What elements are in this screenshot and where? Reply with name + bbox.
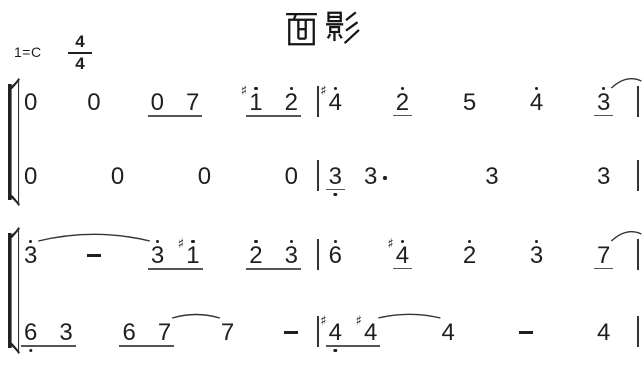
note: 3	[597, 159, 610, 189]
note: 4	[530, 85, 543, 115]
note-digit-row: 0	[87, 91, 100, 115]
barline	[637, 316, 639, 347]
note-digit-row: ♯4	[329, 321, 342, 345]
duration-dash	[519, 331, 533, 334]
note: 6	[24, 315, 37, 345]
note-digit-row: 2	[463, 244, 476, 268]
note: 7	[221, 315, 234, 345]
staff-accompaniment-2: 63677♯4♯444	[20, 315, 639, 347]
note-digit-row: 2	[249, 244, 262, 268]
note: 7	[597, 238, 610, 268]
note-digit: 5	[463, 91, 476, 115]
note-group: 3	[23, 238, 38, 268]
staff-melody-2: 33♯1236♯4237	[20, 238, 639, 270]
note-digit-row: 6	[24, 321, 37, 345]
dash-note	[284, 315, 298, 334]
barline	[637, 239, 639, 270]
note-digit-row: 0	[24, 165, 37, 189]
rest-note: 0	[285, 159, 298, 189]
measure: 0000	[20, 159, 317, 189]
system-bracket-2	[6, 227, 20, 354]
note-digit-row: 3	[59, 321, 72, 345]
note-digit: 0	[151, 91, 164, 115]
note-digit-row: 7	[597, 244, 610, 268]
note-digit: 3	[24, 244, 37, 268]
note-digit: 3	[530, 244, 543, 268]
octave-dot-below	[334, 193, 337, 196]
note-group: 6	[328, 238, 343, 268]
note: 2	[249, 238, 262, 268]
note-group	[283, 315, 299, 334]
note-digit: 0	[24, 165, 37, 189]
note-digit: 0	[198, 165, 211, 189]
note-digit-row: 2	[396, 91, 409, 115]
note-group: 0	[284, 159, 299, 189]
title-glyph-ying	[325, 11, 360, 46]
note: 3	[151, 238, 164, 268]
note-digit: 4	[597, 321, 610, 345]
note-group	[518, 315, 534, 334]
beam-group: ♯4♯4	[328, 315, 379, 345]
title-glyph-mian	[284, 11, 319, 46]
note-digit: 3	[329, 165, 342, 189]
sharp-sign: ♯	[178, 238, 185, 251]
note: 2	[285, 85, 298, 115]
augmentation-dot	[383, 176, 386, 179]
note-group: 33	[328, 159, 388, 189]
note: 6	[122, 315, 135, 345]
note-digit-row: 0	[111, 165, 124, 189]
note-digit: 6	[329, 244, 342, 268]
note-digit: 7	[158, 321, 171, 345]
note-digit: 7	[221, 321, 234, 345]
note-digit-row: ♯4	[364, 321, 377, 345]
dash-note	[519, 315, 533, 334]
note-digit-row: 4	[441, 321, 454, 345]
note-group: 0	[23, 85, 38, 115]
note-group: 3	[529, 238, 544, 268]
measure: 33♯123	[20, 238, 317, 268]
rest-note: 0	[87, 85, 100, 115]
rest-note: 0	[24, 159, 37, 189]
note: ♯1	[249, 85, 262, 115]
note-digit: 2	[463, 244, 476, 268]
barline	[637, 160, 639, 191]
measure: ♯4♯444	[319, 315, 638, 345]
note-digit-row: ♯1	[186, 244, 199, 268]
note-digit-row: 3	[24, 244, 37, 268]
note-digit-row: 0	[151, 91, 164, 115]
note-digit-row: 3	[485, 165, 498, 189]
note-digit-row: 7	[158, 321, 171, 345]
measure: 3333	[319, 159, 638, 189]
note-digit-row: 7	[221, 321, 234, 345]
note-digit-row: 3	[597, 91, 610, 115]
sharp-sign: ♯	[387, 238, 394, 251]
beam-group: 23	[248, 238, 299, 268]
note: 4	[597, 315, 610, 345]
octave-dot-below	[334, 349, 337, 352]
measure: 63677	[20, 315, 317, 345]
note-digit-row: 3	[364, 165, 387, 189]
note-digit: 3	[151, 244, 164, 268]
note-group: 2	[395, 85, 410, 115]
dash-note	[87, 238, 101, 257]
beam-group: 07	[150, 85, 201, 115]
note: 7	[158, 315, 171, 345]
note-group: ♯4	[395, 238, 410, 268]
note-group: 0	[197, 159, 212, 189]
note-digit: 4	[530, 91, 543, 115]
note: 4	[441, 315, 454, 345]
octave-dot-below	[29, 349, 32, 352]
page-title: 面影	[0, 11, 643, 46]
note: 3	[530, 238, 543, 268]
rest-note: 0	[111, 159, 124, 189]
score-page: 1=C 4 4 面影	[0, 0, 643, 366]
note-group: 0	[86, 85, 101, 115]
beam-group: ♯12	[248, 85, 299, 115]
note-digit-row: 0	[24, 91, 37, 115]
key-signature: 1=C	[14, 44, 42, 60]
note-digit: 2	[249, 244, 262, 268]
note: 2	[463, 238, 476, 268]
note: ♯4	[396, 238, 409, 268]
note-digit-row: 6	[329, 244, 342, 268]
note-digit: 0	[111, 165, 124, 189]
page-title-text: 面影	[321, 11, 322, 12]
note-digit-row: 4	[597, 321, 610, 345]
note-group: 4	[596, 315, 611, 345]
measure: 0007♯12	[20, 85, 317, 115]
note-digit-row: 7	[186, 91, 199, 115]
system-bracket-1	[6, 78, 20, 206]
note: ♯4	[364, 315, 377, 345]
note: 3	[597, 85, 610, 115]
time-signature-denominator: 4	[66, 55, 94, 73]
note-digit: 7	[186, 91, 199, 115]
note-digit: 2	[285, 91, 298, 115]
note-group: 3	[596, 85, 611, 115]
note-digit: 6	[24, 321, 37, 345]
note-digit-row: 3	[530, 244, 543, 268]
note-group: 4	[440, 315, 455, 345]
note: ♯4	[329, 85, 342, 115]
note-digit: 7	[597, 244, 610, 268]
sharp-sign: ♯	[241, 85, 248, 98]
note: 3	[24, 238, 37, 268]
note-digit: 3	[597, 165, 610, 189]
note-digit-row: 2	[285, 91, 298, 115]
note-digit-row: 0	[198, 165, 211, 189]
note-digit-row: 3	[151, 244, 164, 268]
note: 6	[329, 238, 342, 268]
sharp-sign: ♯	[320, 315, 327, 328]
note-group: 5	[462, 85, 477, 115]
measure: ♯42543	[319, 85, 638, 115]
note-digit-row: 3	[285, 244, 298, 268]
note: 5	[463, 85, 476, 115]
beam-group: 3♯1	[150, 238, 201, 268]
beam-group: 63	[23, 315, 74, 345]
note-digit: 3	[597, 91, 610, 115]
note-digit-row: ♯4	[396, 244, 409, 268]
note-digit-row: ♯1	[249, 91, 262, 115]
note-digit-row: 5	[463, 91, 476, 115]
duration-dash	[87, 254, 101, 257]
rest-note: 0	[151, 85, 164, 115]
note-digit: 0	[87, 91, 100, 115]
note-group: 7	[220, 315, 235, 345]
measure: 6♯4237	[319, 238, 638, 268]
note: 3	[59, 315, 72, 345]
beam-group: 67	[121, 315, 172, 345]
note-group: 3	[484, 159, 499, 189]
note-group: 7	[596, 238, 611, 268]
note: ♯4	[329, 315, 342, 345]
sharp-sign: ♯	[320, 85, 327, 98]
barline	[637, 86, 639, 117]
note: 3	[364, 159, 387, 189]
note-digit: 2	[396, 91, 409, 115]
note-digit: 4	[329, 321, 342, 345]
note-digit-row: 4	[530, 91, 543, 115]
note-digit: 4	[329, 91, 342, 115]
duration-dash	[284, 331, 298, 334]
note-group: 4	[529, 85, 544, 115]
rest-note: 0	[24, 85, 37, 115]
note-digit-row: 3	[329, 165, 342, 189]
note-group: 0	[110, 159, 125, 189]
note-group: 2	[462, 238, 477, 268]
note-digit: 3	[485, 165, 498, 189]
note-digit: 0	[24, 91, 37, 115]
note-digit: 3	[285, 244, 298, 268]
note-digit: 4	[364, 321, 377, 345]
rest-note: 0	[198, 159, 211, 189]
note: 2	[396, 85, 409, 115]
note-digit-row: 3	[597, 165, 610, 189]
note-digit: 3	[59, 321, 72, 345]
note: 3	[329, 159, 342, 189]
sharp-sign: ♯	[355, 315, 362, 328]
note: 3	[485, 159, 498, 189]
note: 3	[285, 238, 298, 268]
note-digit-row: 0	[285, 165, 298, 189]
note-digit: 1	[186, 244, 199, 268]
note-group: 0	[23, 159, 38, 189]
note-digit: 4	[441, 321, 454, 345]
note-group: 3	[596, 159, 611, 189]
note-digit: 4	[396, 244, 409, 268]
note: ♯1	[186, 238, 199, 268]
note-digit-row: ♯4	[329, 91, 342, 115]
staff-accompaniment-1: 00003333	[20, 159, 639, 191]
note-digit: 0	[285, 165, 298, 189]
note-digit: 6	[122, 321, 135, 345]
staff-melody-1: 0007♯12♯42543	[20, 85, 639, 117]
note: 7	[186, 85, 199, 115]
note-digit: 1	[249, 91, 262, 115]
note-digit: 3	[364, 165, 377, 189]
note-digit-row: 6	[122, 321, 135, 345]
note-group	[86, 238, 102, 257]
note-group: ♯4	[328, 85, 343, 115]
